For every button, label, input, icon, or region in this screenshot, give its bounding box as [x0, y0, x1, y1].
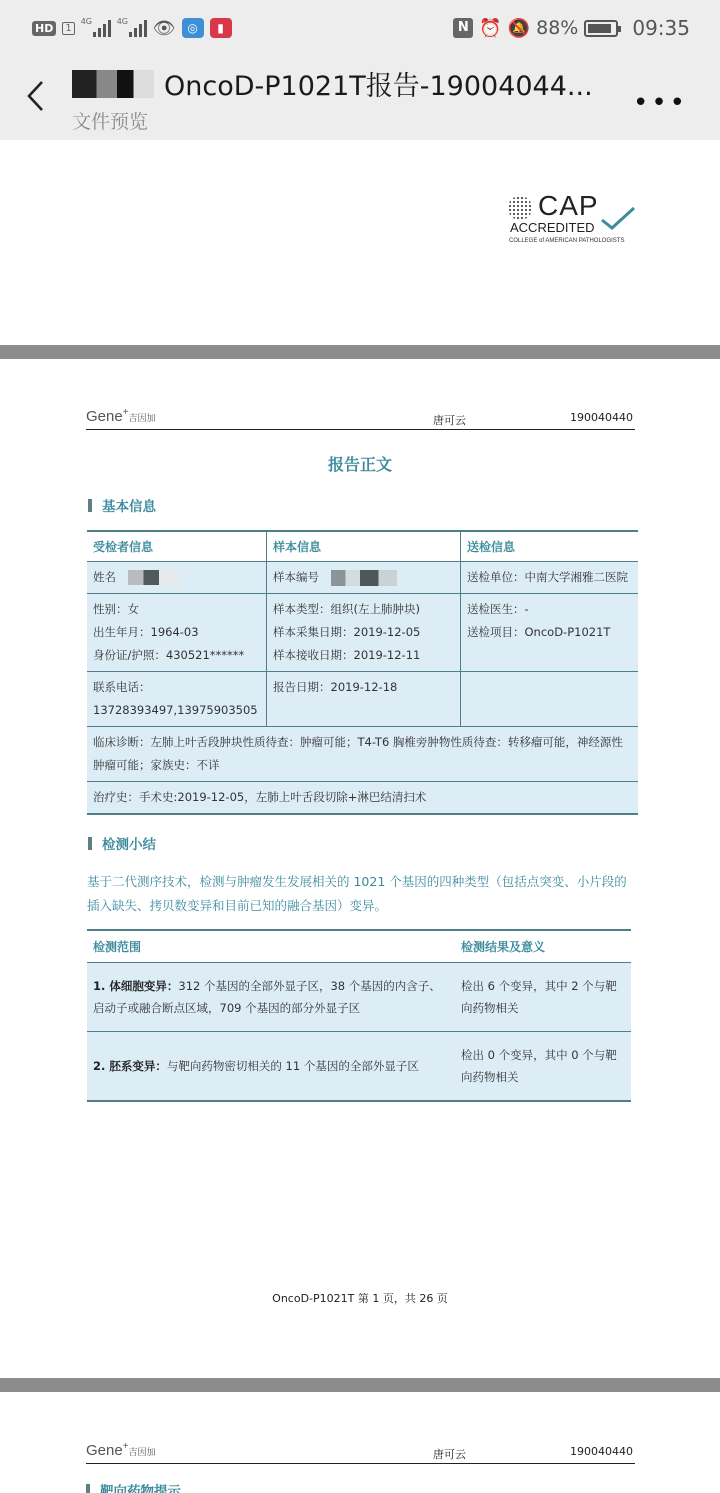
table-row: 性别：女 出生年月：1964-03 身份证/护照：430521****** 样本…: [87, 594, 638, 672]
nfc-icon: N: [453, 18, 473, 38]
table-row: 1. 体细胞变异：312 个基因的全部外显子区，38 个基因的内含子、启动子或融…: [87, 963, 631, 1032]
page-separator: [0, 1378, 720, 1392]
section-bar-icon: [88, 499, 92, 512]
mute-bell-icon: 🔕: [508, 18, 530, 39]
table-row: 临床诊断：左肺上叶舌段肿块性质待查：肿瘤可能；T4-T6 胸椎旁肿物性质待查：转…: [87, 727, 638, 782]
app-red-icon: ▮: [210, 18, 232, 38]
cap-accredited-logo: CAP ACCREDITED COLLEGE of AMERICAN PATHO…: [508, 194, 638, 250]
app-blue-icon: ◎: [182, 18, 204, 38]
section-heading-basic: 基本信息: [88, 495, 156, 515]
checkmark-icon: [600, 206, 636, 230]
hd-icon: HD: [32, 21, 56, 36]
table-row: 联系电话： 13728393497,13975903505 报告日期：2019-…: [87, 672, 638, 727]
section-heading-summary: 检测小结: [88, 833, 156, 853]
document-title: OncoD-P1021T报告-19004044...: [72, 64, 632, 103]
report-id: 190040440: [570, 411, 633, 424]
section-heading-targeted: 靶向药物提示: [86, 1480, 181, 1493]
sample-no-cell: 样本编号: [267, 562, 461, 593]
section-bar-icon: [88, 837, 92, 850]
more-options-button[interactable]: •••: [633, 88, 688, 118]
status-bar: HD 1 4G 4G 👁 ◎ ▮ N ⏰ 🔕 88% 09:35: [32, 14, 690, 42]
battery-icon: [584, 20, 618, 37]
clock: 09:35: [632, 16, 690, 40]
battery-percent: 88%: [536, 17, 578, 39]
eye-icon: 👁: [153, 18, 176, 39]
table-row: 姓名 样本编号 送检单位：中南大学湘雅二医院: [87, 562, 638, 594]
page-header: Gene+吉因加 唐可云 190040440: [86, 1442, 635, 1464]
section-bar-icon: [86, 1484, 90, 1493]
treatment-cell: 治疗史：手术史:2019-12-05，左肺上叶舌段切除+淋巴结清扫术: [87, 782, 638, 813]
patient-name-cell: 姓名: [87, 562, 267, 593]
chevron-left-icon: [22, 78, 52, 114]
back-button[interactable]: [22, 78, 52, 114]
redacted-name: [128, 570, 180, 585]
redacted-name: [72, 70, 154, 98]
diagnosis-cell: 临床诊断：左肺上叶舌段肿块性质待查：肿瘤可能；T4-T6 胸椎旁肿物性质待查：转…: [87, 727, 638, 781]
page-separator: [0, 345, 720, 359]
redacted-sample-no: [331, 570, 397, 586]
signal-4g-icon: 4G: [81, 19, 111, 37]
page-header: Gene+吉因加 唐可云 190040440: [86, 408, 635, 430]
table-header-row: 受检者信息 样本信息 送检信息: [87, 532, 638, 562]
table-row: 治疗史：手术史:2019-12-05，左肺上叶舌段切除+淋巴结清扫术: [87, 782, 638, 813]
report-id: 190040440: [570, 1445, 633, 1458]
gene-plus-logo: Gene+吉因加: [86, 1441, 156, 1459]
unit-cell: 送检单位：中南大学湘雅二医院: [461, 562, 638, 593]
detection-table: 检测范围 检测结果及意义 1. 体细胞变异：312 个基因的全部外显子区，38 …: [87, 929, 631, 1102]
alarm-icon: ⏰: [479, 18, 501, 39]
table-row: 2. 胚系变异：与靶向药物密切相关的 11 个基因的全部外显子区 检出 0 个变…: [87, 1032, 631, 1100]
patient-name: 唐可云: [433, 1446, 466, 1462]
patient-name: 唐可云: [433, 412, 466, 428]
cap-globe-icon: [508, 196, 532, 220]
document-subtitle: 文件预览: [72, 107, 632, 134]
basic-info-table: 受检者信息 样本信息 送检信息 姓名 样本编号 送检单位：中南大学湘雅二医院 性…: [87, 530, 638, 815]
table-header-row: 检测范围 检测结果及意义: [87, 931, 631, 963]
sim-1-icon: 1: [62, 22, 74, 35]
title-area: OncoD-P1021T报告-19004044... 文件预览: [72, 64, 632, 134]
report-title: 报告正文: [0, 452, 720, 475]
gene-plus-logo: Gene+吉因加: [86, 407, 156, 425]
signal-4g-icon: 4G: [117, 19, 147, 37]
app-header: HD 1 4G 4G 👁 ◎ ▮ N ⏰ 🔕 88% 09:35 OncoD-P…: [0, 0, 720, 140]
page-footer: OncoD-P1021T 第 1 页，共 26 页: [0, 1290, 720, 1306]
summary-text: 基于二代测序技术，检测与肿瘤发生发展相关的 1021 个基因的四种类型（包括点突…: [87, 870, 637, 918]
